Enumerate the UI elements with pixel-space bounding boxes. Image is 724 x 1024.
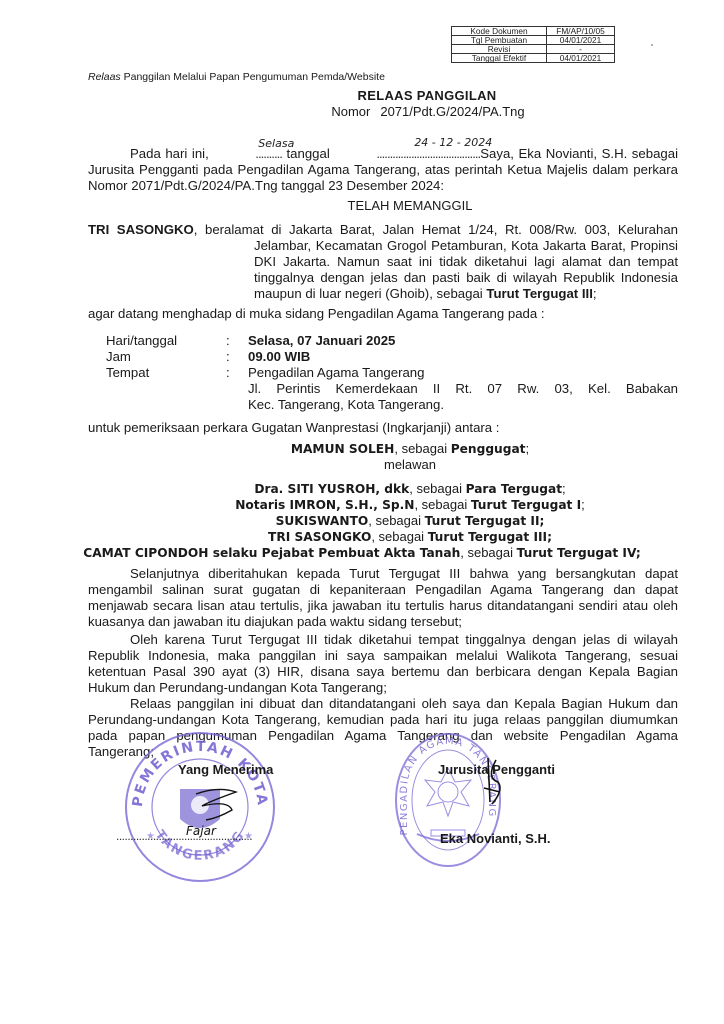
venue-address-line: Kec. Tangerang, Kota Tangerang. (248, 397, 678, 413)
document-number: Nomor2071/Pdt.G/2024/PA.Tng (0, 104, 724, 119)
control-row: Tgl Pembuatan04/01/2021 (452, 36, 615, 45)
agar-datang-text: agar datang menghadap di muka sidang Pen… (88, 306, 678, 322)
schedule-row: Jam:09.00 WIB (106, 349, 678, 365)
document-control-table: Kode DokumenFM/AP/10/05 Tgl Pembuatan04/… (451, 26, 615, 63)
schedule-row: Tempat:Pengadilan Agama Tangerang (106, 365, 678, 381)
body-paragraph: Oleh karena Turut Tergugat III tidak dik… (88, 632, 678, 696)
summoned-name: TRI SASONGKO (88, 222, 194, 237)
document-subtitle: Relaas Panggilan Melalui Papan Pengumuma… (88, 71, 385, 83)
handwritten-date: 24 - 12 - 2024 (372, 135, 492, 151)
bailiff-name: Eka Novianti, S.H. (440, 831, 551, 846)
telah-memanggil-heading: TELAH MEMANGGIL (0, 198, 724, 213)
defendant-line: Notaris IMRON, S.H., Sp.N, sebagai Turut… (0, 497, 724, 513)
control-row: Tanggal Efektif04/01/2021 (452, 54, 615, 63)
body-paragraph: Relaas panggilan ini dibuat dan ditandat… (88, 696, 678, 760)
receiver-signature-line: ........................................… (116, 829, 252, 843)
body-paragraph: Selanjutnya diberitahukan kepada Turut T… (88, 566, 678, 630)
defendant-line: SUKISWANTO, sebagai Turut Tergugat II; (0, 513, 724, 529)
bailiff-title: Jurusita Pengganti (438, 762, 555, 777)
stray-dot (651, 44, 653, 46)
untuk-text: untuk pemeriksaan perkara Gugatan Wanpre… (88, 420, 678, 436)
hearing-schedule: Hari/tanggal:Selasa, 07 Januari 2025 Jam… (106, 333, 678, 413)
handwritten-day: Selasa (216, 136, 294, 152)
plaintiff-line: MAMUN SOLEH, sebagai Penggugat; (0, 441, 724, 457)
venue-address-line: Jl. Perintis Kemerdekaan II Rt. 07 Rw. 0… (248, 381, 678, 397)
versus-text: melawan (0, 457, 724, 473)
defendant-line: CAMAT CIPONDOH selaku Pejabat Pembuat Ak… (0, 545, 724, 561)
receiver-title: Yang Menerima (178, 762, 273, 777)
defendant-line: Dra. SITI YUSROH, dkk, sebagai Para Terg… (0, 481, 724, 497)
document-title: RELAAS PANGGILAN (0, 88, 724, 103)
defendant-line: TRI SASONGKO, sebagai Turut Tergugat III… (0, 529, 724, 545)
opening-paragraph: Pada hari ini, Selasa.......... tanggal … (88, 146, 678, 194)
schedule-row: Hari/tanggal:Selasa, 07 Januari 2025 (106, 333, 678, 349)
summoned-party: TRI SASONGKO, beralamat di Jakarta Barat… (88, 222, 678, 302)
bailiff-signature-icon (478, 752, 508, 812)
